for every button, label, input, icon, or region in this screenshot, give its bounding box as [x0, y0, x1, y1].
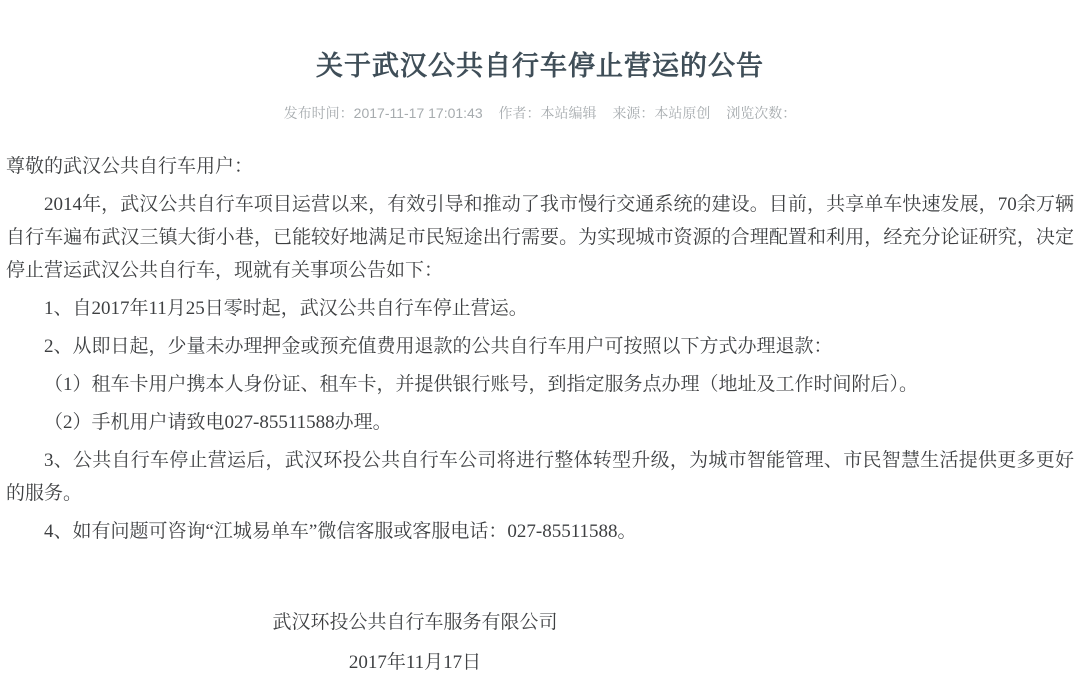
item-1-paragraph: 1、自2017年11月25日零时起，武汉公共自行车停止营运。	[6, 292, 1074, 325]
page-title: 关于武汉公共自行车停止营运的公告	[0, 0, 1080, 83]
item-4-paragraph: 4、如有问题可咨询“江城易单车”微信客服或客服电话：027-85511588。	[6, 515, 1074, 548]
article-body: 尊敬的武汉公共自行车用户： 2014年，武汉公共自行车项目运营以来，有效引导和推…	[0, 150, 1080, 548]
meta-source: 来源：本站原创	[612, 105, 710, 121]
meta-author: 作者：本站编辑	[499, 105, 597, 121]
announcement-page: 关于武汉公共自行车停止营运的公告 发布时间：2017-11-17 17:01:4…	[0, 0, 1080, 698]
signature-block: 武汉环投公共自行车服务有限公司 2017年11月17日	[0, 606, 830, 679]
meta-view-count: 浏览次数：	[726, 105, 796, 121]
item-2-paragraph: 2、从即日起，少量未办理押金或预充值费用退款的公共自行车用户可按照以下方式办理退…	[6, 330, 1074, 363]
item-2-sub-2-paragraph: （2）手机用户请致电027-85511588办理。	[6, 406, 1074, 439]
article-meta: 发布时间：2017-11-17 17:01:43 作者：本站编辑 来源：本站原创…	[0, 103, 1080, 123]
item-2-sub-1-paragraph: （1）租车卡用户携本人身份证、租车卡，并提供银行账号，到指定服务点办理（地址及工…	[6, 368, 1074, 401]
salutation-line: 尊敬的武汉公共自行车用户：	[6, 150, 1074, 183]
meta-publish-time: 发布时间：2017-11-17 17:01:43	[284, 105, 483, 121]
intro-paragraph: 2014年，武汉公共自行车项目运营以来，有效引导和推动了我市慢行交通系统的建设。…	[6, 188, 1074, 287]
signature-company: 武汉环投公共自行车服务有限公司	[0, 606, 830, 639]
item-3-paragraph: 3、公共自行车停止营运后，武汉环投公共自行车公司将进行整体转型升级，为城市智能管…	[6, 444, 1074, 510]
signature-date: 2017年11月17日	[0, 646, 830, 679]
